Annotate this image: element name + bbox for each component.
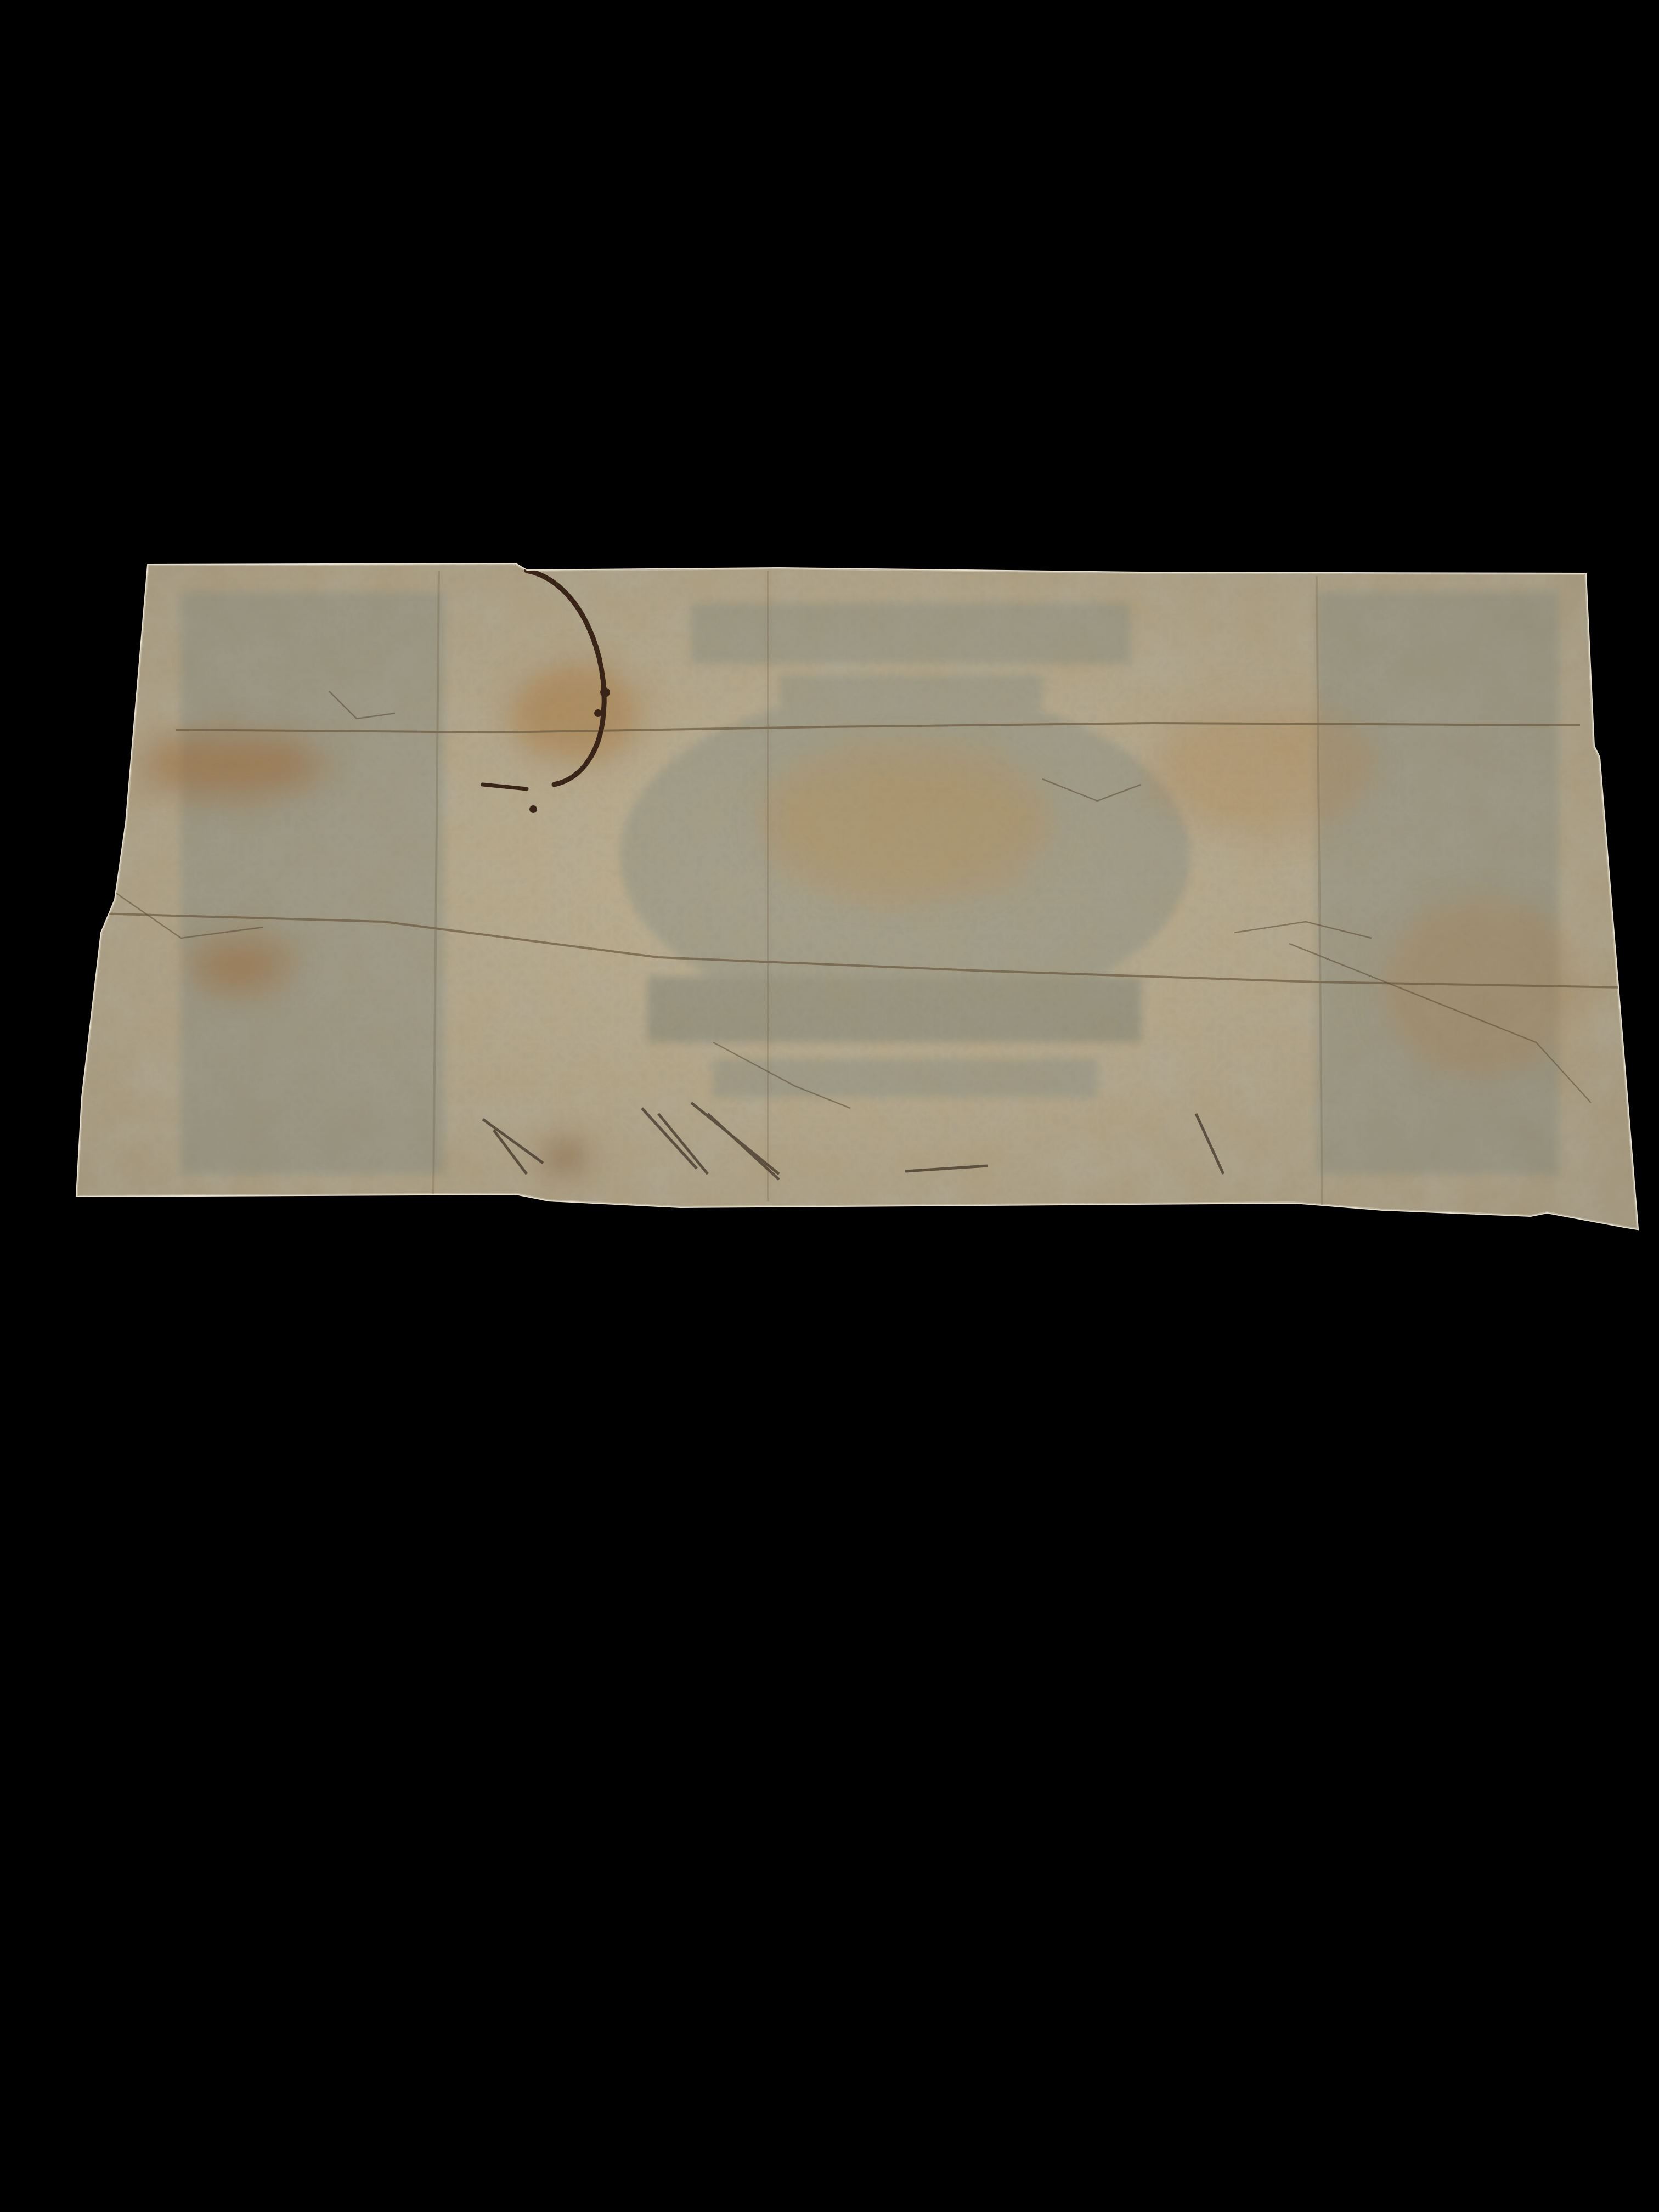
banknote [0,494,1659,1262]
photo-scene [0,0,1659,2212]
